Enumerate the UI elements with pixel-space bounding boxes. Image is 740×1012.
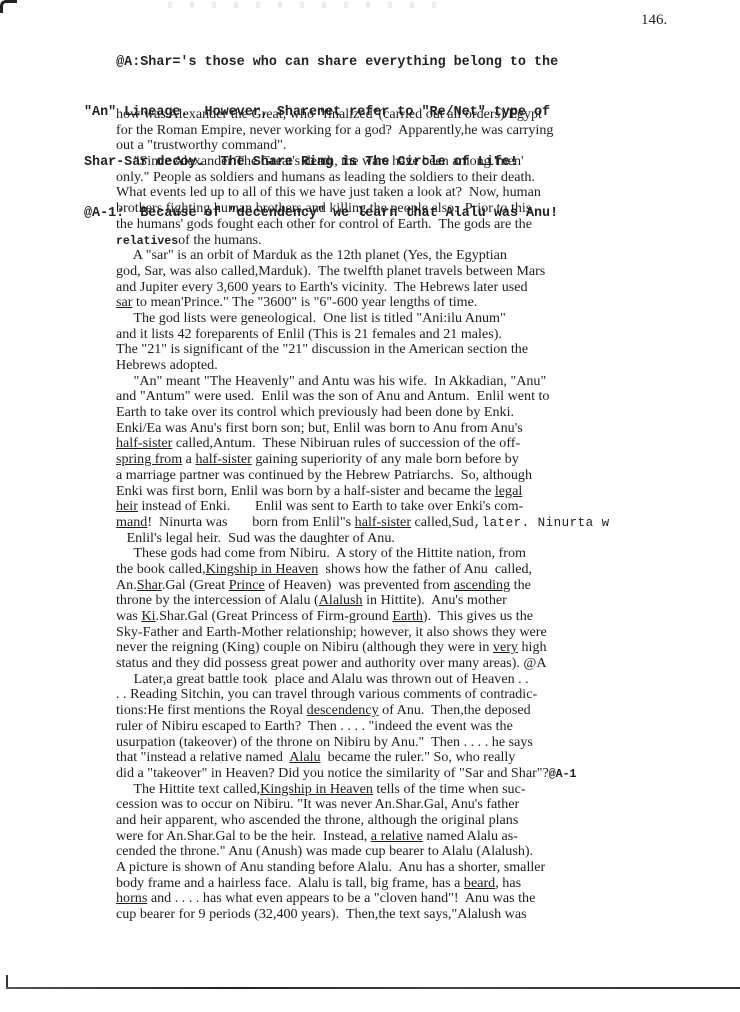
text-segment: The god lists were geneological. One lis… [116,310,506,326]
underlined-text: Ki [141,608,155,624]
text-segment: usurpation (takeover) of the throne on N… [116,734,533,750]
text-segment: of the humans. [178,232,261,248]
text-segment: that "instead a relative named [116,749,289,765]
text-segment: What events led up to all of this we hav… [116,184,541,200]
body-line: the book called,Kingship in Heaven shows… [116,562,740,578]
text-segment: did a "takeover" in Heaven? Did you noti… [116,765,549,781]
text-segment: the book called, [116,561,206,577]
body-line: An.Shar.Gal (Great Prince of Heaven) was… [116,578,740,594]
body-line: half-sister called,Antum. These Nibiruan… [116,436,740,452]
text-segment: brothers fighting human brothers and kil… [116,200,531,216]
underlined-text: descendency [307,702,379,718]
text-segment: ). This gives us the [423,608,533,624]
body-line: What events led up to all of this we hav… [116,185,740,201]
text-segment: cended the throne." Anu (Anush) was made… [116,843,533,859]
underlined-text: half-sister [195,451,251,467]
body-line: cup bearer for 9 periods (32,400 years).… [116,907,740,923]
text-segment: were for An.Shar.Gal to be the heir. Ins… [116,828,371,844]
note-line: @A:Shar='s those who can share everythin… [84,55,558,72]
underlined-text: a relative [371,828,423,844]
body-line: and it lists 42 foreparents of Enlil (Th… [116,327,740,343]
underlined-text: Shar [137,577,162,593]
body-line: These gods had come from Nibiru. A story… [116,546,740,562]
body-line: "Since Alexander The Great's death, the … [116,154,740,170]
body-line: sar to mean'Prince." The "3600" is "6"-6… [116,295,740,311]
body-line: were for An.Shar.Gal to be the heir. Ins… [116,829,740,845]
text-segment: to mean'Prince." The "3600" is "6"-600 y… [132,294,477,310]
body-line: The Hittite text called,Kingship in Heav… [116,782,740,798]
text-segment: of Anu. Then,the deposed [379,702,531,718]
text-segment: Enlil's legal heir. Sud was the daughter… [116,530,395,546]
text-segment: how was Alexander the Great, who "finali… [116,106,542,122]
body-line: the humans' gods fought each other for c… [116,217,740,233]
underlined-text: half-sister [355,514,411,530]
text-segment: and Jupiter every 3,600 years to Earth's… [116,279,528,295]
body-line: cended the throne." Anu (Anush) was made… [116,844,740,860]
text-segment: instead of Enki. Enlil was sent to Earth… [138,498,523,514]
text-segment: ! Ninurta was born from Enlil"s [147,514,354,530]
text-segment: Enki was first born, Enlil was born by a… [116,483,495,499]
text-segment: . . Reading Sitchin, you can travel thro… [116,686,537,702]
underlined-text: Kingship in Heaven [206,561,319,577]
text-segment: .Shar.Gal (Great Princess of Firm-ground [156,608,393,624]
body-line: Hebrews adopted. [116,358,740,374]
text-segment: "Since Alexander The Great's death, the … [116,153,524,169]
underlined-text: beard [464,875,495,891]
text-segment: cup bearer for 9 periods (32,400 years).… [116,906,527,922]
text-segment: became the ruler." So, who really [321,749,516,765]
text-segment: ruler of Nibiru escaped to Earth? Then .… [116,718,513,734]
text-segment: A picture is shown of Anu standing befor… [116,859,545,875]
text-segment: Enki/Ea was Anu's first born son; but, E… [116,420,523,436]
text-segment: A "sar" is an orbit of Marduk as the 12t… [116,247,507,263]
body-line: "An" meant "The Heavenly" and Antu was h… [116,374,740,390]
text-segment: Earth to take over its control which pre… [116,404,514,420]
text-segment: , has [495,875,521,891]
body-line: Enki was first born, Enlil was born by a… [116,484,740,500]
text-segment: throne by the intercession of Alalu ( [116,592,319,608]
underlined-text: spring from [116,451,182,467]
underlined-text: sar [116,294,132,310]
body-line: Sky-Father and Earth-Mother relationship… [116,625,740,641]
text-segment: shows how the father of Anu called, [318,561,532,577]
text-segment: tells of the time when suc- [373,781,526,797]
text-segment: for the Roman Empire, never working for … [116,122,553,138]
text-segment: the humans' gods fought each other for c… [116,216,532,232]
text-segment: These gods had come from Nibiru. A story… [116,545,526,561]
text-segment: and it lists 42 foreparents of Enlil (Th… [116,326,502,342]
body-line: and Jupiter every 3,600 years to Earth's… [116,280,740,296]
text-segment: An. [116,577,137,593]
text-segment: of Heaven) was prevented from [265,577,454,593]
body-line: status and they did possess great power … [116,656,740,672]
underlined-text: Alalu [289,749,320,765]
text-segment: called,Antum. These Nibiruan rules of su… [172,435,520,451]
body-line: how was Alexander the Great, who "finali… [116,107,740,123]
text-segment: body frame and a hairless face. Alalu is… [116,875,464,891]
text-segment: .Gal (Great [162,577,229,593]
body-line: Later,a great battle took place and Alal… [116,672,740,688]
page-bottom-rule [6,987,740,989]
body-line: A "sar" is an orbit of Marduk as the 12t… [116,248,740,264]
underlined-text: Kingship in Heaven [260,781,373,797]
text-segment: was [116,608,141,624]
body-line: The "21" is significant of the "21" disc… [116,342,740,358]
body-line: god, Sar, was also called,Marduk). The t… [116,264,740,280]
text-segment: gaining superiority of any male born bef… [252,451,519,467]
scan-corner-mark [0,0,17,13]
body-line: . . Reading Sitchin, you can travel thro… [116,687,740,703]
body-line: spring from a half-sister gaining superi… [116,452,740,468]
body-line: was Ki.Shar.Gal (Great Princess of Firm-… [116,609,740,625]
body-line: never the reigning (King) couple on Nibi… [116,640,740,656]
body-line: heir instead of Enki. Enlil was sent to … [116,499,740,515]
body-line: horns and . . . . has what even appears … [116,891,740,907]
body-line: ruler of Nibiru escaped to Earth? Then .… [116,719,740,735]
body-line: throne by the intercession of Alalu (Ala… [116,593,740,609]
text-segment: "An" meant "The Heavenly" and Antu was h… [116,373,546,389]
text-segment: The Hittite text called, [116,781,260,797]
body-line: only." People as soldiers and humans as … [116,170,740,186]
body-line: Earth to take over its control which pre… [116,405,740,421]
body-line: Enki/Ea was Anu's first born son; but, E… [116,421,740,437]
text-segment: Sky-Father and Earth-Mother relationship… [116,624,547,640]
body-line: usurpation (takeover) of the throne on N… [116,735,740,751]
page-number: 146. [641,12,667,29]
text-segment: relatives [116,235,178,248]
underlined-text: mand [116,514,147,530]
body-line: tions:He first mentions the Royal descen… [116,703,740,719]
text-segment: never the reigning (King) couple on Nibi… [116,639,493,655]
underlined-text: heir [116,498,138,514]
underlined-text: legal [495,483,522,499]
text-segment: a marriage partner was continued by the … [116,467,532,483]
text-segment: The "21" is significant of the "21" disc… [116,341,528,357]
text-segment: named Alalu as- [423,828,518,844]
body-line: a marriage partner was continued by the … [116,468,740,484]
body-line: out a "trustworthy command". [116,138,740,154]
underlined-text: Earth [392,608,423,624]
text-segment: ,later. Ninurta w [474,516,610,530]
body-line: brothers fighting human brothers and kil… [116,201,740,217]
underlined-text: very [493,639,518,655]
text-segment: and "Antum" were used. Enlil was the son… [116,388,549,404]
body-line: body frame and a hairless face. Alalu is… [116,876,740,892]
body-line: for the Roman Empire, never working for … [116,123,740,139]
text-segment: @A-1 [549,768,577,781]
body-line: A picture is shown of Anu standing befor… [116,860,740,876]
text-segment: out a "trustworthy command". [116,137,286,153]
scan-artifacts [150,2,450,8]
text-segment: high [518,639,547,655]
body-line: that "instead a relative named Alalu bec… [116,750,740,766]
body-text: how was Alexander the Great, who "finali… [116,107,740,923]
body-line: relativesof the humans. [116,233,740,249]
text-segment: cession was to occur on Nibiru. "It was … [116,796,519,812]
text-segment: the [510,577,531,593]
text-segment: only." People as soldiers and humans as … [116,169,535,185]
body-line: cession was to occur on Nibiru. "It was … [116,797,740,813]
underlined-text: horns [116,890,147,906]
text-segment: called,Sud [411,514,474,530]
text-segment: status and they did possess great power … [116,655,547,671]
underlined-text: ascending [454,577,510,593]
body-line: and "Antum" were used. Enlil was the son… [116,389,740,405]
body-line: did a "takeover" in Heaven? Did you noti… [116,766,740,782]
text-segment: in Hittite). Anu's mother [363,592,507,608]
body-line: mand! Ninurta was born from Enlil"s half… [116,515,740,531]
text-segment: and . . . . has what even appears to be … [147,890,535,906]
body-line: Enlil's legal heir. Sud was the daughter… [116,531,740,547]
text-segment: a [182,451,195,467]
underlined-text: half-sister [116,435,172,451]
text-segment: tions:He first mentions the Royal [116,702,307,718]
text-segment: Later,a great battle took place and Alal… [116,671,529,687]
body-line: and heir apparent, who ascended the thro… [116,813,740,829]
text-segment: god, Sar, was also called,Marduk). The t… [116,263,545,279]
underlined-text: Prince [229,577,265,593]
underlined-text: Alalush [319,592,363,608]
body-line: The god lists were geneological. One lis… [116,311,740,327]
text-segment: and heir apparent, who ascended the thro… [116,812,518,828]
text-segment: Hebrews adopted. [116,357,218,373]
